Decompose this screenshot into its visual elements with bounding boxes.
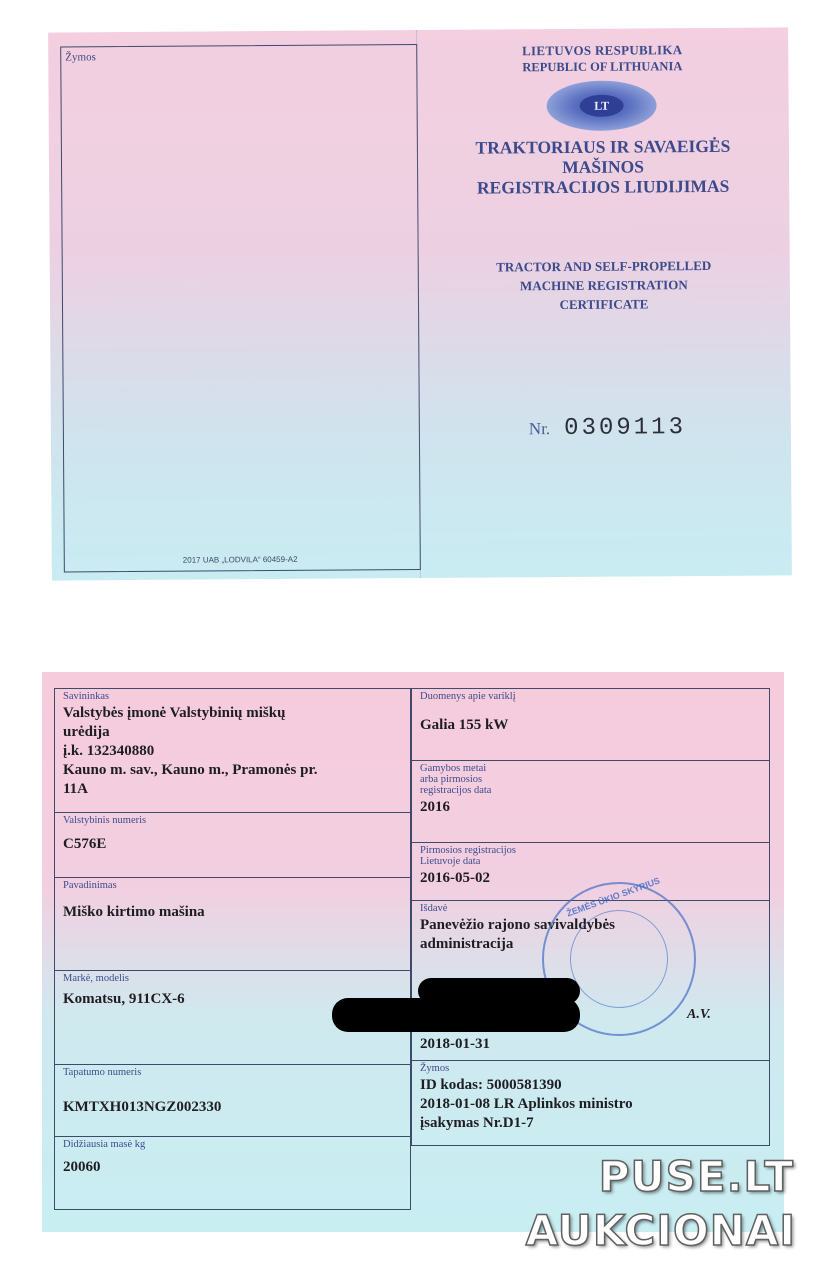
name-label: Pavadinimas (63, 880, 402, 891)
title-en-line: MACHINE REGISTRATION (418, 274, 790, 296)
max-mass-label: Didžiausia masė kg (63, 1139, 402, 1150)
plate-field: Valstybinis numeris C576E (55, 813, 410, 878)
notes-panel: Žymos 2017 UAB „LODVILA“ 60459-A2 (60, 44, 421, 572)
notes-field: Žymos ID kodas: 5000581390 2018-01-08 LR… (412, 1061, 769, 1145)
make-model-label: Markė, modelis (63, 973, 402, 984)
emblem-text: LT (580, 95, 624, 117)
notes-label: Žymos (420, 1063, 761, 1074)
first-reg-value: 2016-05-02 (420, 869, 761, 888)
certificate-cover: Žymos 2017 UAB „LODVILA“ 60459-A2 LIETUV… (48, 27, 792, 580)
redaction-bar (332, 998, 580, 1032)
issue-date: 2018-01-31 (420, 1035, 490, 1054)
vin-value: KMTXH013NGZ002330 (63, 1098, 402, 1117)
vin-label: Tapatumo numeris (63, 1067, 402, 1078)
title-en: TRACTOR AND SELF-PROPELLED MACHINE REGIS… (418, 255, 790, 315)
owner-line: į.k. 132340880 (63, 742, 402, 761)
manufacture-year-label: Gamybos metai arba pirmosios registracij… (420, 763, 761, 796)
serial-value: 0309113 (564, 414, 686, 442)
owner-line: urėdija (63, 723, 402, 742)
certificate-data-page: Savininkas Valstybės įmonė Valstybinių m… (42, 672, 784, 1232)
note-line: ID kodas: 5000581390 (420, 1076, 761, 1095)
note-line: įsakymas Nr.D1-7 (420, 1114, 761, 1133)
manufacture-year-field: Gamybos metai arba pirmosios registracij… (412, 761, 769, 843)
lt-emblem-icon: LT (546, 80, 656, 131)
title-en-line: TRACTOR AND SELF-PROPELLED (418, 255, 790, 277)
notes-label: Žymos (65, 51, 96, 63)
title-lt-line: REGISTRACIJOS LIUDIJIMAS (417, 175, 789, 198)
owner-line: Kauno m. sav., Kauno m., Pramonės pr. (63, 761, 402, 780)
owner-line: Valstybės įmonė Valstybinių miškų (63, 704, 402, 723)
republic-en: REPUBLIC OF LITHUANIA (416, 58, 788, 76)
title-lt-line: TRAKTORIAUS IR SAVAEIGĖS (417, 135, 789, 158)
label-line: registracijos data (420, 785, 761, 796)
engine-label: Duomenys apie variklį (420, 691, 761, 702)
label-line: Gamybos metai (420, 763, 761, 774)
plate-value: C576E (63, 835, 402, 854)
engine-value: Galia 155 kW (420, 716, 761, 735)
name-field: Pavadinimas Miško kirtimo mašina (55, 878, 410, 971)
serial-label: Nr. (529, 419, 550, 438)
cover-front: LIETUVOS RESPUBLIKA REPUBLIC OF LITHUANI… (416, 27, 792, 578)
max-mass-value: 20060 (63, 1158, 402, 1177)
title-lt-line: MAŠINOS (417, 155, 789, 178)
owner-line: 11A (63, 780, 402, 799)
left-column: Savininkas Valstybės įmonė Valstybinių m… (54, 688, 411, 1210)
printer-note: 2017 UAB „LODVILA“ 60459-A2 (183, 555, 298, 565)
title-lt: TRAKTORIAUS IR SAVAEIGĖS MAŠINOS REGISTR… (417, 135, 789, 198)
label-line: arba pirmosios (420, 774, 761, 785)
owner-field: Savininkas Valstybės įmonė Valstybinių m… (55, 689, 410, 813)
vin-field: Tapatumo numeris KMTXH013NGZ002330 (55, 1065, 410, 1137)
label-line: Lietuvoje data (420, 856, 761, 867)
owner-value: Valstybės įmonė Valstybinių miškų urėdij… (63, 704, 402, 799)
stamp-inner-ring (570, 910, 668, 1008)
watermark-line1: PUSE.LT (599, 1152, 794, 1201)
name-value: Miško kirtimo mašina (63, 903, 402, 922)
serial-number: Nr. 0309113 (529, 414, 686, 442)
notes-value: ID kodas: 5000581390 2018-01-08 LR Aplin… (420, 1076, 761, 1133)
title-en-line: CERTIFICATE (418, 293, 790, 315)
max-mass-field: Didžiausia masė kg 20060 (55, 1137, 410, 1207)
note-line: 2018-01-08 LR Aplinkos ministro (420, 1095, 761, 1114)
republic-lt: LIETUVOS RESPUBLIKA (416, 41, 788, 60)
engine-field: Duomenys apie variklį Galia 155 kW (412, 689, 769, 761)
label-line: Pirmosios registracijos (420, 845, 761, 856)
seal-mark: A.V. (687, 1007, 711, 1023)
watermark-line2: AUKCIONAI (526, 1206, 796, 1255)
plate-label: Valstybinis numeris (63, 815, 402, 826)
first-reg-label: Pirmosios registracijos Lietuvoje data (420, 845, 761, 867)
manufacture-year-value: 2016 (420, 798, 761, 817)
owner-label: Savininkas (63, 691, 402, 702)
